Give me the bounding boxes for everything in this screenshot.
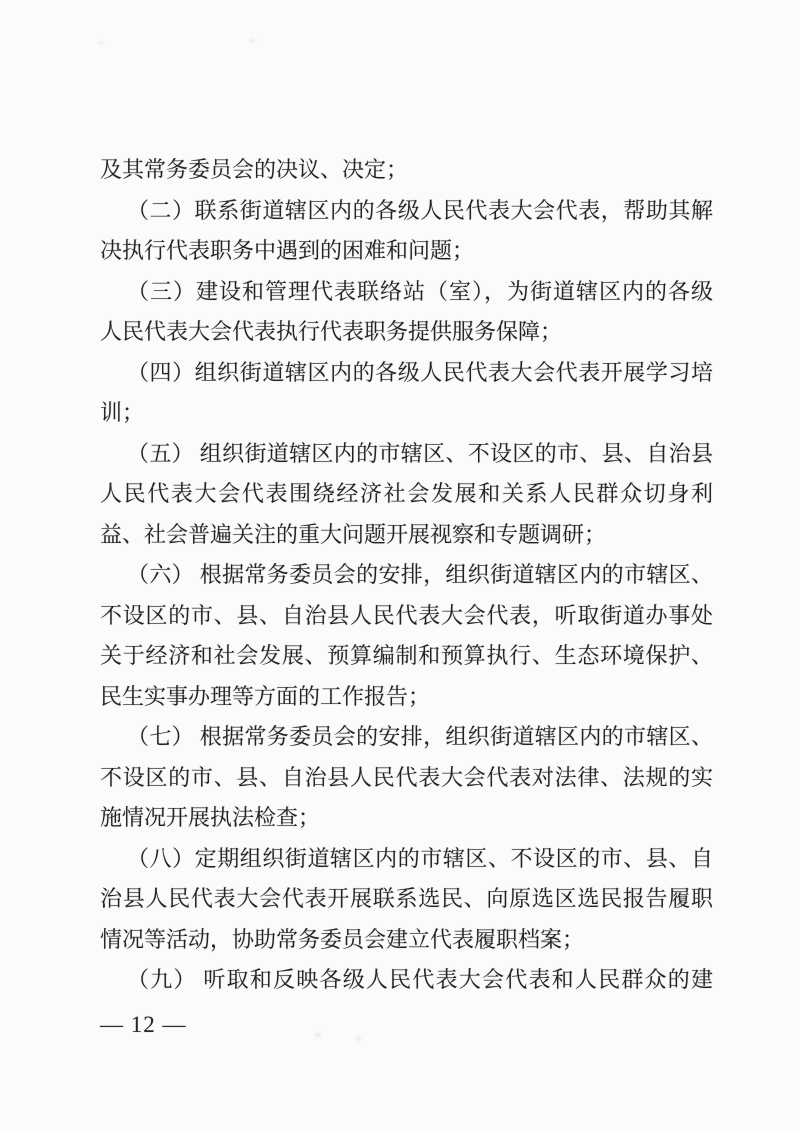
text-line: 人民代表大会代表围绕经济社会发展和关系人民群众切身利 [100, 474, 713, 515]
text-line: 不设区的市、县、自治县人民代表大会代表，听取街道办事处 [100, 596, 713, 637]
text-line: 人民代表大会代表执行代表职务提供服务保障； [100, 312, 713, 353]
scan-artifact [356, 1037, 361, 1041]
text-line: （五） 组织街道辖区内的市辖区、不设区的市、县、自治县 [100, 434, 713, 475]
text-line: 治县人民代表大会代表开展联系选民、向原选区选民报告履职 [100, 879, 713, 920]
text-line: 民生实事办理等方面的工作报告； [100, 677, 713, 718]
text-line: （六） 根据常务委员会的安排，组织街道辖区内的市辖区、 [100, 555, 713, 596]
text-line: （二）联系街道辖区内的各级人民代表大会代表，帮助其解 [100, 191, 713, 232]
text-line: 及其常务委员会的决议、决定； [100, 150, 713, 191]
scan-artifact [99, 41, 103, 44]
text-line: （九） 听取和反映各级人民代表大会代表和人民群众的建 [100, 960, 713, 1001]
document-page: 及其常务委员会的决议、决定；（二）联系街道辖区内的各级人民代表大会代表，帮助其解… [0, 0, 800, 1132]
text-line: 决执行代表职务中遇到的困难和问题； [100, 231, 713, 272]
text-line: 益、社会普遍关注的重大问题开展视察和专题调研； [100, 515, 713, 556]
text-line: （四）组织街道辖区内的各级人民代表大会代表开展学习培 [100, 353, 713, 394]
text-line: 不设区的市、县、自治县人民代表大会代表对法律、法规的实 [100, 758, 713, 799]
scan-artifact [315, 1033, 321, 1037]
scan-artifact [250, 39, 255, 43]
text-line: 训； [100, 393, 713, 434]
text-line: 关于经济和社会发展、预算编制和预算执行、生态环境保护、 [100, 636, 713, 677]
text-line: 情况等活动，协助常务委员会建立代表履职档案； [100, 920, 713, 961]
text-line: （八）定期组织街道辖区内的市辖区、不设区的市、县、自 [100, 839, 713, 880]
document-body: 及其常务委员会的决议、决定；（二）联系街道辖区内的各级人民代表大会代表，帮助其解… [100, 150, 713, 1001]
text-line: （七） 根据常务委员会的安排，组织街道辖区内的市辖区、 [100, 717, 713, 758]
text-line: （三）建设和管理代表联络站（室），为街道辖区内的各级 [100, 272, 713, 313]
page-number: — 12 — [100, 1012, 187, 1038]
text-line: 施情况开展执法检查； [100, 798, 713, 839]
